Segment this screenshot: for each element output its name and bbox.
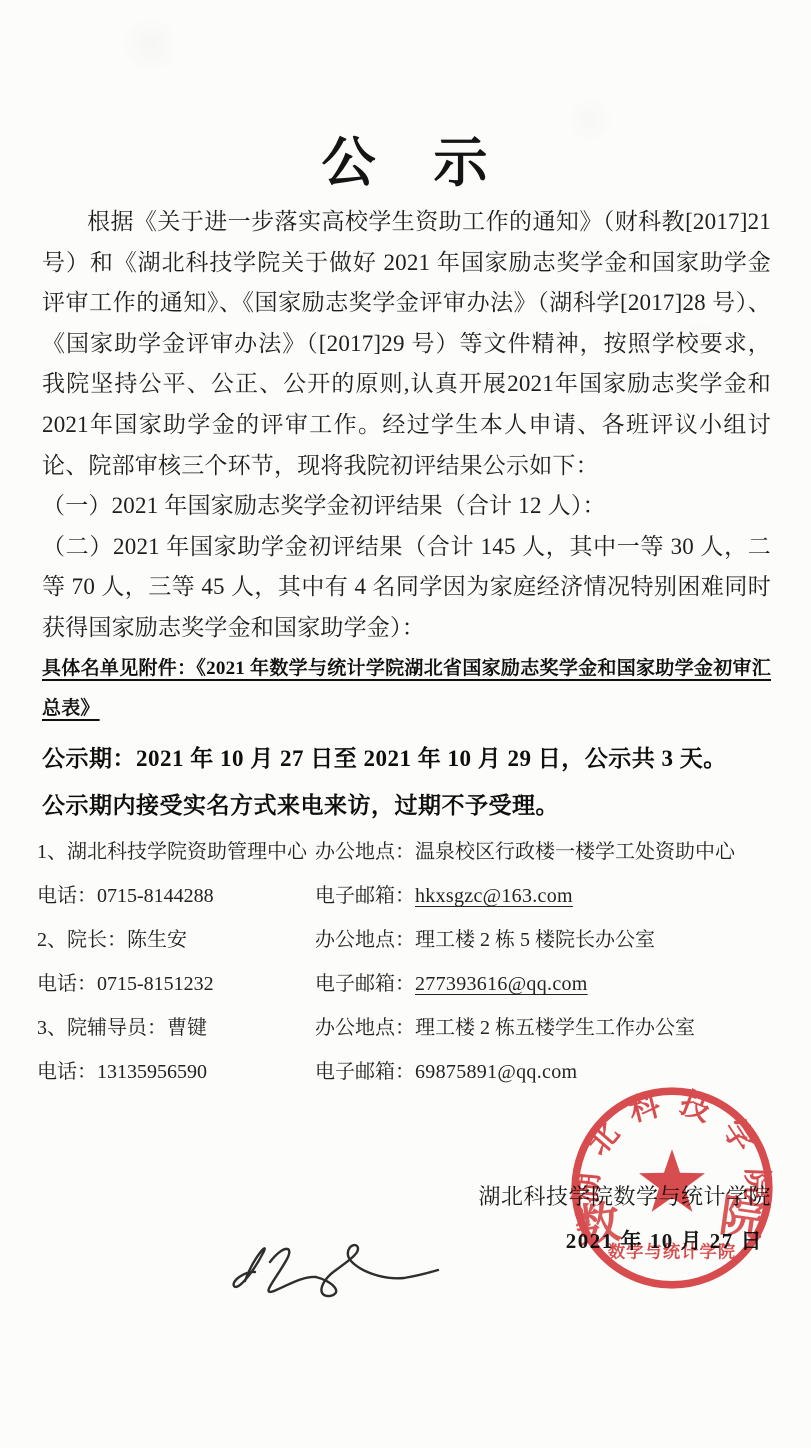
contact-name: 3、院辅导员：曹键 [37,1006,315,1050]
contact-phone: 电话：0715-8151232 [37,962,315,1006]
attachment-note: 具体名单见附件：《2021 年数学与统计学院湖北省国家励志奖学金和国家助学金初审… [42,649,771,730]
official-seal: 湖北科技学院 数 院 数学与统计学院 [564,1082,780,1296]
attachment-note-text: 具体名单见附件：《2021 年数学与统计学院湖北省国家励志奖学金和国家助学金初审… [42,658,771,720]
result-item-1: （一）2021 年国家励志奖学金初评结果（合计 12 人）： [42,486,771,527]
contact-policy: 公示期内接受实名方式来电来访，过期不予受理。 [42,789,771,823]
contact-email: 277393616@qq.com [415,973,588,995]
contact-email: 69875891@qq.com [415,1061,577,1083]
contact-office: 办公地点：理工楼 2 栋五楼学生工作办公室 [315,1006,775,1050]
contact-row: 电话：0715-8151232 电子邮箱：277393616@qq.com [37,962,775,1006]
seal-bottom-text: 数学与统计学院 [608,1241,736,1261]
contact-email-label: 电子邮箱： [315,973,415,995]
scanned-notice-page: 公 示 根据《关于进一步落实高校学生资助工作的通知》（财科教[2017]21 号… [0,0,811,1448]
seal-side-char-right: 院 [716,1189,768,1246]
contact-email-label: 电子邮箱： [315,1061,415,1083]
page-title: 公 示 [0,132,811,194]
handwritten-signature [212,1226,447,1314]
contact-row: 2、院长：陈生安 办公地点：理工楼 2 栋 5 楼院长办公室 [37,918,775,962]
contact-row: 电话：0715-8144288 电子邮箱：hkxsgzc@163.com [37,874,775,918]
contact-list: 1、湖北科技学院资助管理中心 办公地点：温泉校区行政楼一楼学工处资助中心 电话：… [37,830,775,1094]
contact-row: 3、院辅导员：曹键 办公地点：理工楼 2 栋五楼学生工作办公室 [37,1006,775,1050]
result-item-2: （二）2021 年国家助学金初评结果（合计 145 人，其中一等 30 人，二等… [42,527,771,649]
notice-body: 根据《关于进一步落实高校学生资助工作的通知》（财科教[2017]21 号）和《湖… [42,202,771,730]
contact-phone: 电话：0715-8144288 [37,874,315,918]
contact-name: 2、院长：陈生安 [37,918,315,962]
intro-paragraph: 根据《关于进一步落实高校学生资助工作的通知》（财科教[2017]21 号）和《湖… [42,202,771,486]
publicity-period: 公示期：2021 年 10 月 27 日至 2021 年 10 月 29 日，公… [42,742,771,776]
contact-row: 1、湖北科技学院资助管理中心 办公地点：温泉校区行政楼一楼学工处资助中心 [37,830,775,874]
contact-phone: 电话：13135956590 [37,1050,315,1094]
contact-office: 办公地点：温泉校区行政楼一楼学工处资助中心 [315,830,775,874]
contact-name: 1、湖北科技学院资助管理中心 [37,830,315,874]
seal-star-icon [639,1149,705,1212]
contact-email: hkxsgzc@163.com [415,885,573,907]
contact-office: 办公地点：理工楼 2 栋 5 楼院长办公室 [315,918,775,962]
contact-email-label: 电子邮箱： [315,885,415,907]
